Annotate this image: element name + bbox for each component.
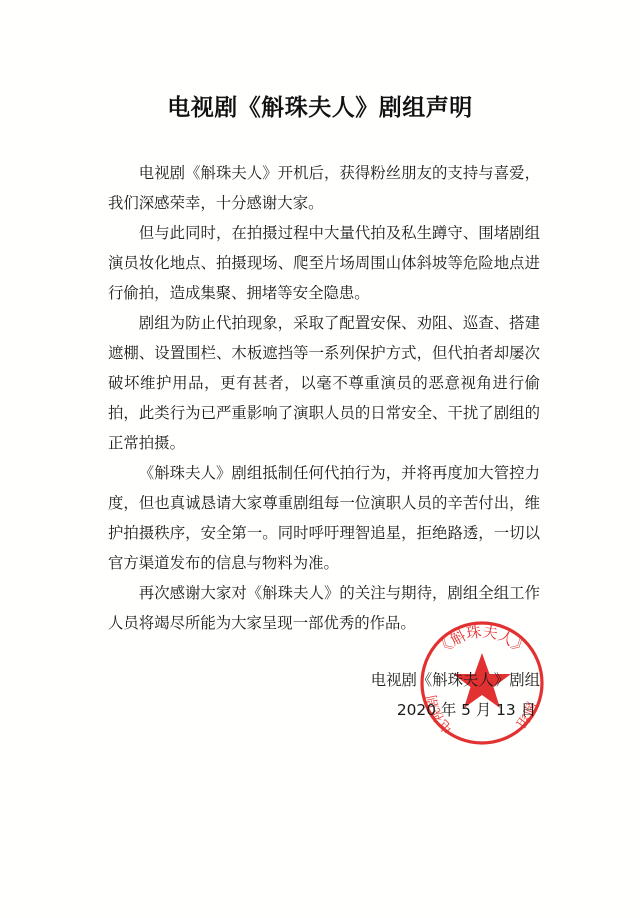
signature-issuer: 电视剧《斛珠夫人》剧组 (371, 665, 540, 695)
document-page: 电视剧《斛珠夫人》剧组声明 电视剧《斛珠夫人》开机后，获得粉丝朋友的支持与喜爱，… (0, 0, 640, 918)
paragraph-2: 但与此同时，在拍摄过程中大量代拍及私生蹲守、围堵剧组演员妆化地点、拍摄现场、爬至… (108, 218, 540, 308)
paragraph-3: 剧组为防止代拍现象，采取了配置安保、劝阻、巡查、搭建遮棚、设置围栏、木板遮挡等一… (108, 308, 540, 458)
document-body: 电视剧《斛珠夫人》开机后，获得粉丝朋友的支持与喜爱，我们深感荣幸，十分感谢大家。… (108, 158, 540, 638)
signature-block: 电视剧《斛珠夫人》剧组 2020 年 5 月 13 日 (371, 665, 540, 725)
paragraph-1: 电视剧《斛珠夫人》开机后，获得粉丝朋友的支持与喜爱，我们深感荣幸，十分感谢大家。 (108, 158, 540, 218)
signature-date: 2020 年 5 月 13 日 (371, 695, 540, 725)
paragraph-4: 《斛珠夫人》剧组抵制任何代拍行为，并将再度加大管控力度，但也真诚恳请大家尊重剧组… (108, 458, 540, 578)
document-title: 电视剧《斛珠夫人》剧组声明 (0, 89, 640, 122)
